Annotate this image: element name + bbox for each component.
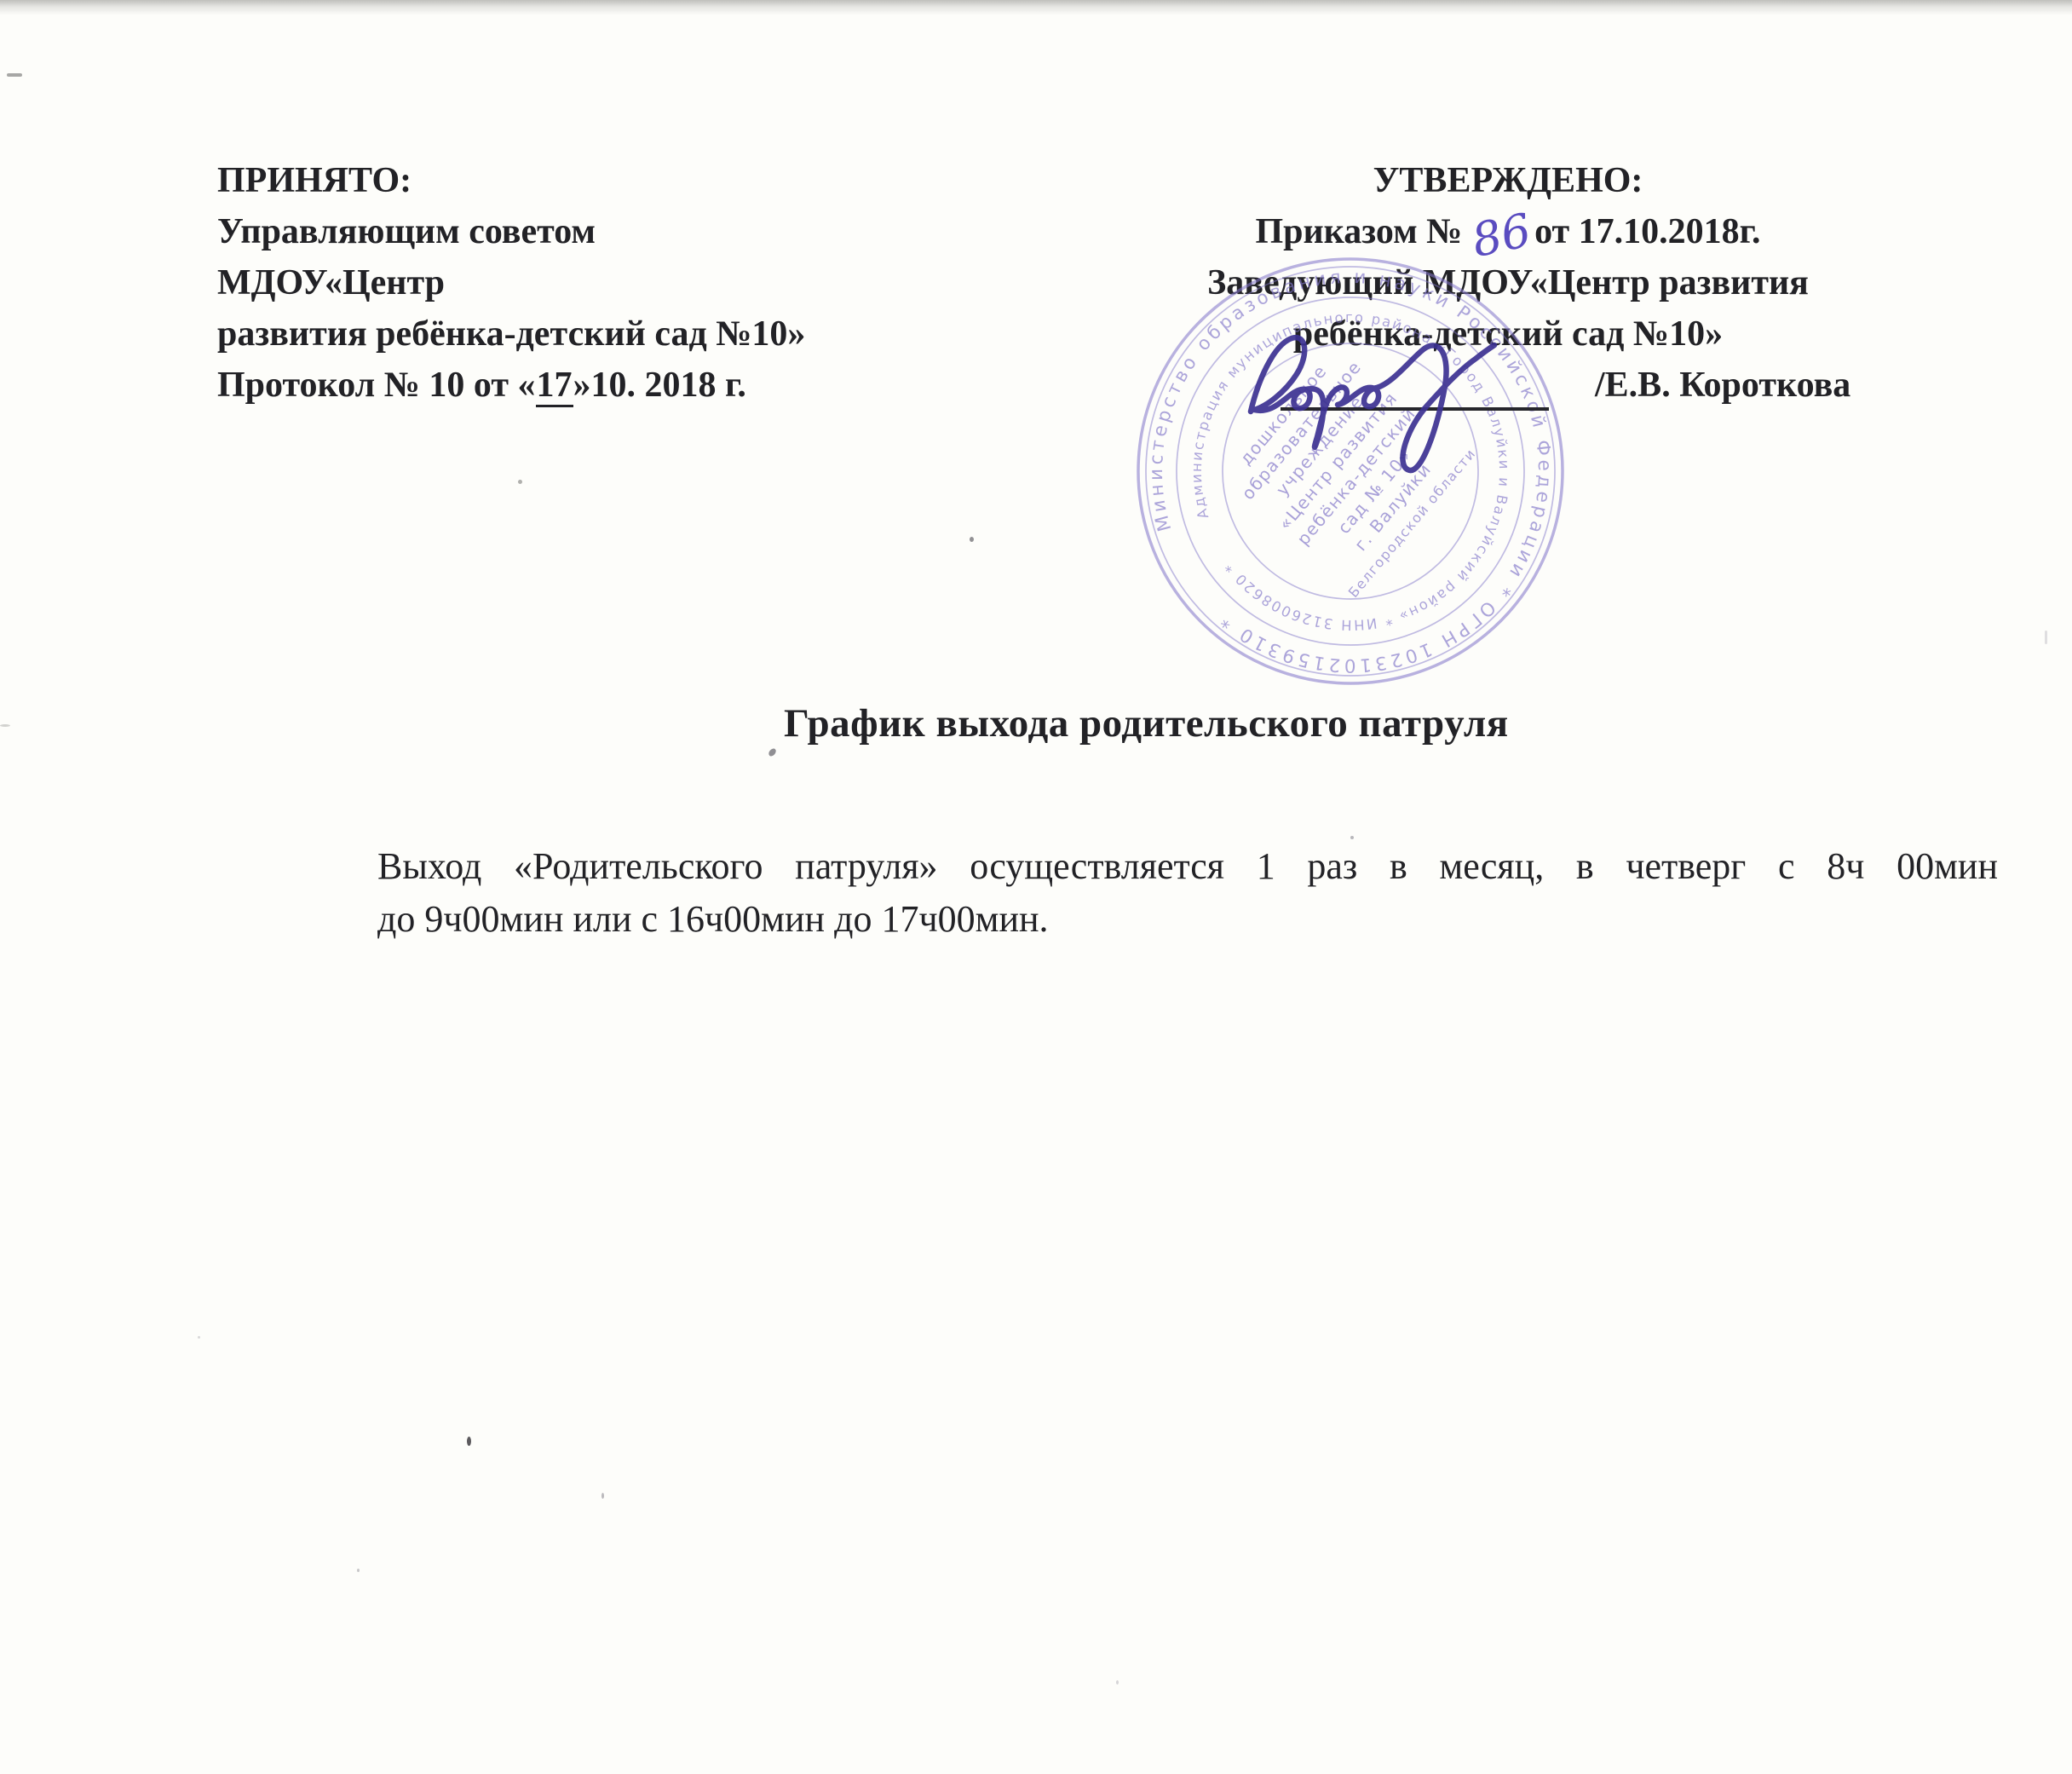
scan-speck (518, 480, 522, 484)
scan-speck (970, 537, 974, 542)
scan-speck (1116, 1680, 1119, 1685)
body-line-1: Выход «Родительского патруля» осуществля… (377, 840, 1998, 893)
accepted-line: развития ребёнка-детский сад №10» (217, 308, 805, 360)
accepted-block: ПРИНЯТО: Управляющим советом МДОУ«Центр … (217, 155, 805, 411)
accepted-line: Управляющим советом (217, 206, 805, 257)
accepted-line: МДОУ«Центр (217, 257, 805, 308)
scanned-document-page: ПРИНЯТО: Управляющим советом МДОУ«Центр … (0, 0, 2072, 1774)
handwritten-signature (1210, 311, 1721, 515)
accepted-protocol-line: Протокол № 10 от «17»10. 2018 г. (217, 360, 805, 411)
scan-speck (2045, 631, 2047, 644)
scan-speck (467, 1437, 471, 1446)
scan-speck (601, 1493, 604, 1499)
scan-speck (7, 73, 22, 77)
protocol-prefix: Протокол № 10 от « (217, 366, 536, 405)
scan-speck (357, 1569, 360, 1572)
scanner-edge-noise (0, 0, 2072, 15)
document-title: График выхода родительского патруля (784, 700, 1509, 746)
scan-speck (1350, 836, 1354, 839)
scan-speck (198, 1336, 200, 1339)
body-line-2: до 9ч00мин или с 16ч00мин до 17ч00мин. (377, 893, 1998, 946)
protocol-day-underlined: 17 (536, 366, 573, 407)
signature-stroke (1251, 337, 1494, 470)
approved-heading: УТВЕРЖДЕНО: (1133, 155, 1883, 206)
protocol-suffix: »10. 2018 г. (573, 366, 746, 405)
scan-speck (0, 724, 10, 727)
scan-speck (768, 747, 778, 757)
accepted-heading: ПРИНЯТО: (217, 155, 805, 206)
body-paragraph: Выход «Родительского патруля» осуществля… (377, 840, 1998, 946)
signatory-name: /Е.В. Короткова (1595, 365, 1850, 406)
